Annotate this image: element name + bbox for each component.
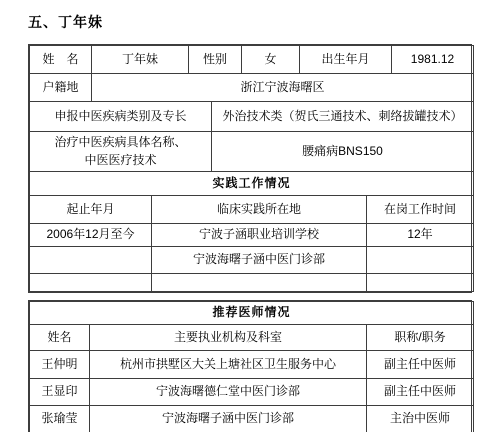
recommenders-header-row: 姓名 主要执业机构及科室 职称/职务 (30, 325, 474, 351)
page-title: 五、丁年妹 (28, 12, 472, 32)
recommenders-section-title: 推荐医师情况 (30, 302, 474, 325)
recommender-name: 张瑜莹 (30, 406, 90, 432)
practice-cell (30, 274, 152, 292)
practice-cell: 12年 (367, 224, 474, 247)
disease-label-line2: 中医医疗技术 (33, 152, 208, 169)
practice-table: 实践工作情况 起止年月 临床实践所在地 在岗工作时间 2006年12月至今 宁波… (29, 171, 474, 292)
practice-section-title: 实践工作情况 (30, 172, 474, 196)
recommender-name: 王显印 (30, 379, 90, 406)
practice-header-row: 起止年月 临床实践所在地 在岗工作时间 (30, 196, 474, 224)
recommenders-table: 推荐医师情况 姓名 主要执业机构及科室 职称/职务 王仲明 杭州市拱墅区大关上塘… (28, 300, 472, 432)
practice-col-header: 临床实践所在地 (152, 196, 367, 224)
basic-info-table: 姓 名 丁年妹 性别 女 出生年月 1981.12 户籍地 浙江宁波海曙区 申报… (28, 44, 472, 293)
basic-row-1: 姓 名 丁年妹 性别 女 出生年月 1981.12 户籍地 浙江宁波海曙区 (29, 45, 474, 102)
practice-row (30, 274, 474, 292)
practice-row: 宁波海曙子涵中医门诊部 (30, 247, 474, 274)
birth-label: 出生年月 (300, 46, 392, 74)
recommender-org: 杭州市拱墅区大关上塘社区卫生服务中心 (90, 351, 367, 379)
practice-row: 2006年12月至今 宁波子涵职业培训学校 12年 (30, 224, 474, 247)
category-label: 申报中医疾病类别及专长 (30, 102, 212, 132)
recommender-row: 王仲明 杭州市拱墅区大关上塘社区卫生服务中心 副主任中医师 (30, 351, 474, 379)
table-gap (28, 293, 472, 300)
practice-cell (152, 274, 367, 292)
birth-value: 1981.12 (392, 46, 474, 74)
name-label: 姓 名 (30, 46, 92, 74)
residence-label: 户籍地 (30, 74, 92, 102)
practice-cell: 宁波子涵职业培训学校 (152, 224, 367, 247)
disease-label: 治疗中医疾病具体名称、 中医医疗技术 (30, 132, 212, 172)
recommender-org: 宁波海曙子涵中医门诊部 (90, 406, 367, 432)
gender-value: 女 (242, 46, 300, 74)
recommender-row: 张瑜莹 宁波海曙子涵中医门诊部 主治中医师 (30, 406, 474, 432)
name-value: 丁年妹 (92, 46, 189, 74)
recommender-title: 副主任中医师 (367, 351, 474, 379)
residence-value: 浙江宁波海曙区 (92, 74, 474, 102)
practice-cell: 宁波海曙子涵中医门诊部 (152, 247, 367, 274)
gender-label: 性别 (189, 46, 242, 74)
practice-cell (367, 247, 474, 274)
recommender-org: 宁波海曙德仁堂中医门诊部 (90, 379, 367, 406)
document: 五、丁年妹 姓 名 丁年妹 性别 女 出生年月 1981.12 户籍地 浙江宁波… (28, 8, 472, 432)
category-value: 外治技术类（贺氏三通技术、刺络拔罐技术） (212, 102, 474, 132)
practice-cell (367, 274, 474, 292)
recommender-col-header: 主要执业机构及科室 (90, 325, 367, 351)
recommender-title: 主治中医师 (367, 406, 474, 432)
recommender-col-header: 职称/职务 (367, 325, 474, 351)
disease-value: 腰痛病BNS150 (212, 132, 474, 172)
recommender-title: 副主任中医师 (367, 379, 474, 406)
practice-cell: 2006年12月至今 (30, 224, 152, 247)
recommender-col-header: 姓名 (30, 325, 90, 351)
practice-col-header: 起止年月 (30, 196, 152, 224)
recommender-row: 王显印 宁波海曙德仁堂中医门诊部 副主任中医师 (30, 379, 474, 406)
practice-cell (30, 247, 152, 274)
basic-row-2: 申报中医疾病类别及专长 外治技术类（贺氏三通技术、刺络拔罐技术） 治疗中医疾病具… (29, 101, 474, 172)
disease-label-line1: 治疗中医疾病具体名称、 (33, 134, 208, 151)
recommender-name: 王仲明 (30, 351, 90, 379)
practice-col-header: 在岗工作时间 (367, 196, 474, 224)
